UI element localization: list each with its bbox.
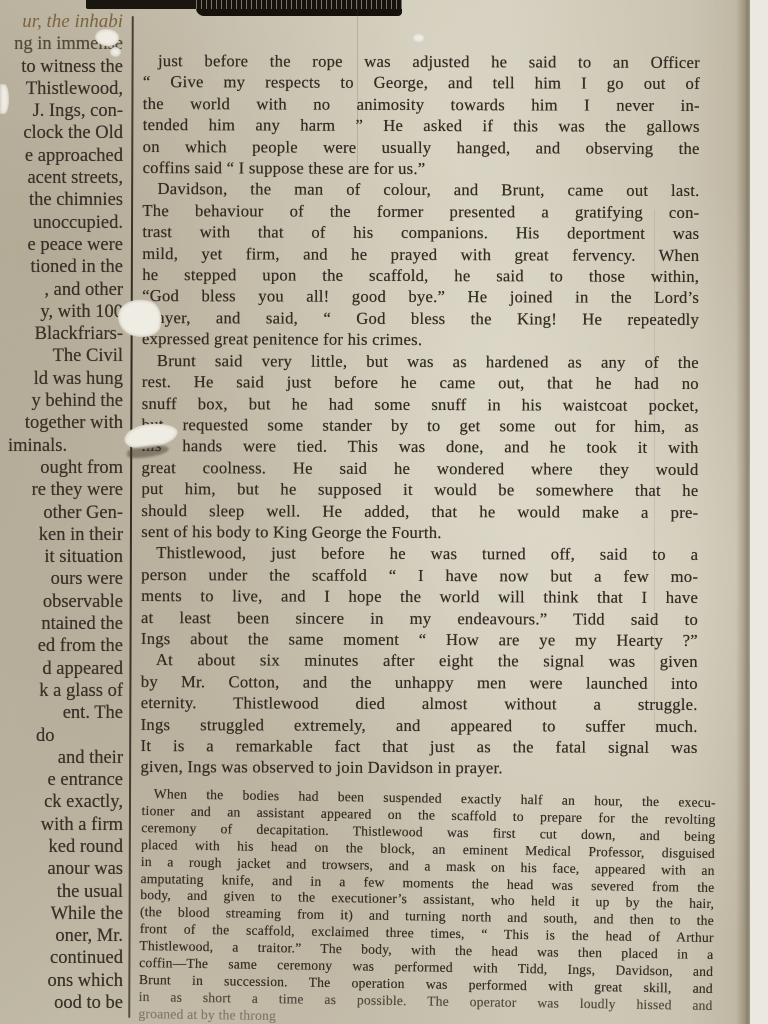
text-line: person under the scaffold “ I have now b… xyxy=(141,564,698,587)
text-line: tioned in the xyxy=(0,256,126,278)
text-line: sent of his body to King George the Four… xyxy=(141,521,698,544)
text-line: other Gen- xyxy=(0,502,126,524)
text-line: eternity. Thistlewood died almost withou… xyxy=(141,692,698,715)
text-line: ked round xyxy=(0,836,126,858)
text-line: The Civil xyxy=(0,345,126,367)
text-line: ken in their xyxy=(0,524,126,546)
main-column: just before the rope was adjusted he sai… xyxy=(140,50,700,780)
text-line: e peace were xyxy=(0,234,126,256)
text-line: put him, but he supposed it would be som… xyxy=(141,478,698,501)
paragraph: just before the rope was adjusted he sai… xyxy=(143,50,700,180)
text-line: with a firm xyxy=(0,814,126,836)
paper-tear xyxy=(110,47,121,57)
text-line: e entrance xyxy=(0,769,126,791)
text-line: ood to be xyxy=(0,992,126,1014)
text-line: do xyxy=(0,725,126,747)
text-line: ons which xyxy=(0,970,126,992)
text-line: the world with no animosity towards him … xyxy=(143,93,700,116)
text-line: While the xyxy=(0,903,126,925)
text-line: ck exactly, xyxy=(0,791,126,813)
text-line: It is a remarkable fact that just as the… xyxy=(141,735,698,758)
text-line: k a glass of xyxy=(0,680,126,702)
text-line: on which people were usually hanged, and… xyxy=(143,136,700,159)
text-line: by Mr. Cotton, and the unhappy men were … xyxy=(141,671,698,694)
text-line: clock the Old xyxy=(0,122,126,144)
text-line: Ings about the same moment “ How are ye … xyxy=(141,628,698,651)
text-line: Brunt said very little, but was as harde… xyxy=(142,350,699,373)
text-line: oner, Mr. xyxy=(0,925,126,947)
small-print-section: When the bodies had been suspended exact… xyxy=(138,786,716,1024)
text-line: great coolness. He said he wondered wher… xyxy=(142,457,699,480)
photo-of-newspaper-clipping: ur, the inhabing in immenseto witness th… xyxy=(0,0,768,1024)
text-line: Ings struggled extremely, and appeared t… xyxy=(141,714,698,737)
text-line: just before the rope was adjusted he sai… xyxy=(143,50,700,73)
text-line: d appeared xyxy=(0,658,126,680)
text-line: y behind the xyxy=(0,390,126,412)
left-column: ur, the inhabing in immenseto witness th… xyxy=(0,11,126,1014)
text-line: Thistlewood, xyxy=(0,78,126,100)
text-line: ntained the xyxy=(0,613,126,635)
woodcut-engraving-fragment xyxy=(86,0,198,9)
text-line: Prayer, and said, “ God bless the King! … xyxy=(142,307,699,330)
text-line: J. Ings, con- xyxy=(0,100,126,122)
text-line: but requested some stander by to get som… xyxy=(142,414,699,437)
text-line: e approached xyxy=(0,145,126,167)
text-line: Thistlewood, just before he was turned o… xyxy=(141,542,698,565)
text-line: At about six minutes after eight the sig… xyxy=(141,649,698,672)
text-line: he stepped upon the scaffold, he said to… xyxy=(142,264,699,287)
paper-tear xyxy=(0,84,9,114)
newspaper-sheet: ur, the inhabing in immenseto witness th… xyxy=(0,0,750,1024)
text-line: to witness the xyxy=(0,56,126,78)
text-line: ent. The xyxy=(0,702,126,724)
paragraph: Thistlewood, just before he was turned o… xyxy=(141,542,698,651)
text-line: continued xyxy=(0,947,126,969)
text-line: ed from the xyxy=(0,635,126,657)
text-line: rest. He said just before he came out, t… xyxy=(142,371,699,394)
paper-tear xyxy=(412,33,425,43)
woodcut-engraving-fragment xyxy=(196,0,402,16)
text-line: observable xyxy=(0,591,126,613)
text-line: “ Give my respects to George, and tell h… xyxy=(143,71,700,94)
text-line: given, Ings was observed to join Davidso… xyxy=(140,756,697,779)
text-line: mild, yet firm, and he prayed with great… xyxy=(142,243,699,266)
paragraph: Brunt said very little, but was as harde… xyxy=(141,350,699,545)
text-line: acent streets, xyxy=(0,167,126,189)
text-line: The behaviour of the former presented a … xyxy=(142,200,699,223)
text-line: unoccupied. xyxy=(0,212,126,234)
text-line: at least been sincere in my endeavours.”… xyxy=(141,607,698,630)
paper-right-edge-shadow xyxy=(736,0,750,1024)
text-line: his hands were tied. This was done, and … xyxy=(142,435,699,458)
text-line: re they were xyxy=(0,479,126,501)
text-line: the usual xyxy=(0,881,126,903)
paragraph: At about six minutes after eight the sig… xyxy=(140,649,697,779)
text-line: “God bless you all! good bye.” He joined… xyxy=(142,285,699,308)
column-divider-rule xyxy=(128,16,133,1018)
text-line: anour was xyxy=(0,858,126,880)
text-line: should sleep well. He added, that he wou… xyxy=(141,500,698,523)
text-line: ments to live, and I hope the world will… xyxy=(141,585,698,608)
text-line: snuff box, but he had some snuff in his … xyxy=(142,392,699,415)
text-line: Davidson, the man of colour, and Brunt, … xyxy=(142,178,699,201)
text-line: it situation xyxy=(0,546,126,568)
text-line: and their xyxy=(0,747,126,769)
text-line: ought from xyxy=(0,457,126,479)
text-line: , and other xyxy=(0,279,126,301)
text-line: together with xyxy=(0,412,126,434)
text-line: ld was hung xyxy=(0,368,126,390)
text-line: expressed great penitence for his crimes… xyxy=(142,328,699,351)
text-line: tended him any harm ” He asked if this w… xyxy=(143,114,700,137)
paragraph: Davidson, the man of colour, and Brunt, … xyxy=(142,178,700,351)
text-line: coffins said “ I suppose these are for u… xyxy=(143,157,700,180)
text-line: ours were xyxy=(0,568,126,590)
text-line: iminals. xyxy=(0,435,126,457)
text-line: trast with that of his companions. His d… xyxy=(142,221,699,244)
text-line: Blackfriars- xyxy=(0,323,126,345)
text-line: y, with 100 xyxy=(0,301,126,323)
text-line: the chimnies xyxy=(0,189,126,211)
